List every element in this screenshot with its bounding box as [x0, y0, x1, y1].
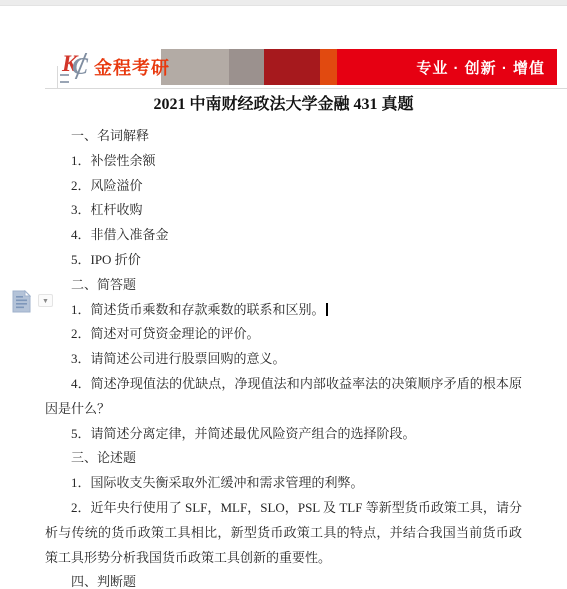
chevron-down-icon[interactable]: ▼ — [38, 294, 53, 307]
banner-segment: 专业 · 创新 · 增值 — [337, 49, 557, 85]
brand-header: K C 金程考研 专业 · 创新 · 增值 — [60, 49, 557, 85]
banner-graphic: 专业 · 创新 · 增值 — [161, 49, 557, 85]
exam-item[interactable]: 5．请简述分离定律，并简述最优风险资产组合的选择阶段。 — [45, 422, 522, 447]
banner-segment — [161, 49, 229, 85]
exam-item-text: 1．简述货币乘数和存款乘数的联系和区别。 — [71, 302, 325, 317]
monogram-equals — [60, 74, 69, 83]
exam-item[interactable]: 3．请简述公司进行股票回购的意义。 — [45, 347, 522, 372]
header-divider-line — [45, 88, 567, 89]
banner-segment — [320, 49, 337, 85]
exam-item[interactable]: 3．杠杆收购 — [45, 198, 522, 223]
exam-item[interactable]: 1．补偿性余额 — [45, 149, 522, 174]
document-text-area[interactable]: 一、名词解释 1．补偿性余额 2．风险溢价 3．杠杆收购 4．非借入准备金 5．… — [45, 124, 522, 589]
exam-item[interactable]: 2．近年央行使用了 SLF，MLF，SLO，PSL 及 TLF 等新型货币政策工… — [45, 496, 522, 570]
margin-annotation-widget[interactable]: ▼ — [12, 290, 52, 316]
kc-monogram-icon: K C — [60, 50, 94, 84]
exam-item[interactable]: 4．非借入准备金 — [45, 223, 522, 248]
exam-item[interactable]: 4．简述净现值法的优缺点，净现值法和内部收益率法的决策顺序矛盾的根本原因是什么？ — [45, 372, 522, 422]
page-title[interactable]: 2021 中南财经政法大学金融 431 真题 — [0, 91, 567, 114]
banner-slogan: 专业 · 创新 · 增值 — [416, 57, 557, 78]
exam-item[interactable]: 1．简述货币乘数和存款乘数的联系和区别。 — [45, 298, 522, 323]
brand-name: 金程考研 — [94, 54, 170, 80]
page-icon[interactable] — [12, 290, 31, 313]
exam-item[interactable]: 5．IPO 折价 — [45, 248, 522, 273]
section-heading[interactable]: 三、论述题 — [45, 446, 522, 471]
window-top-edge — [0, 0, 567, 6]
text-cursor — [326, 303, 328, 316]
jincheng-logo: K C 金程考研 — [60, 49, 161, 85]
banner-segment — [229, 49, 264, 85]
section-heading[interactable]: 四、判断题 — [45, 570, 522, 589]
header-divider-tick — [57, 66, 58, 89]
exam-item[interactable]: 1．国际收支失衡采取外汇缓冲和需求管理的利弊。 — [45, 471, 522, 496]
exam-item[interactable]: 2．简述对可贷资金理论的评价。 — [45, 322, 522, 347]
section-heading[interactable]: 二、简答题 — [45, 273, 522, 298]
section-heading[interactable]: 一、名词解释 — [45, 124, 522, 149]
exam-item[interactable]: 2．风险溢价 — [45, 174, 522, 199]
banner-segment — [264, 49, 320, 85]
